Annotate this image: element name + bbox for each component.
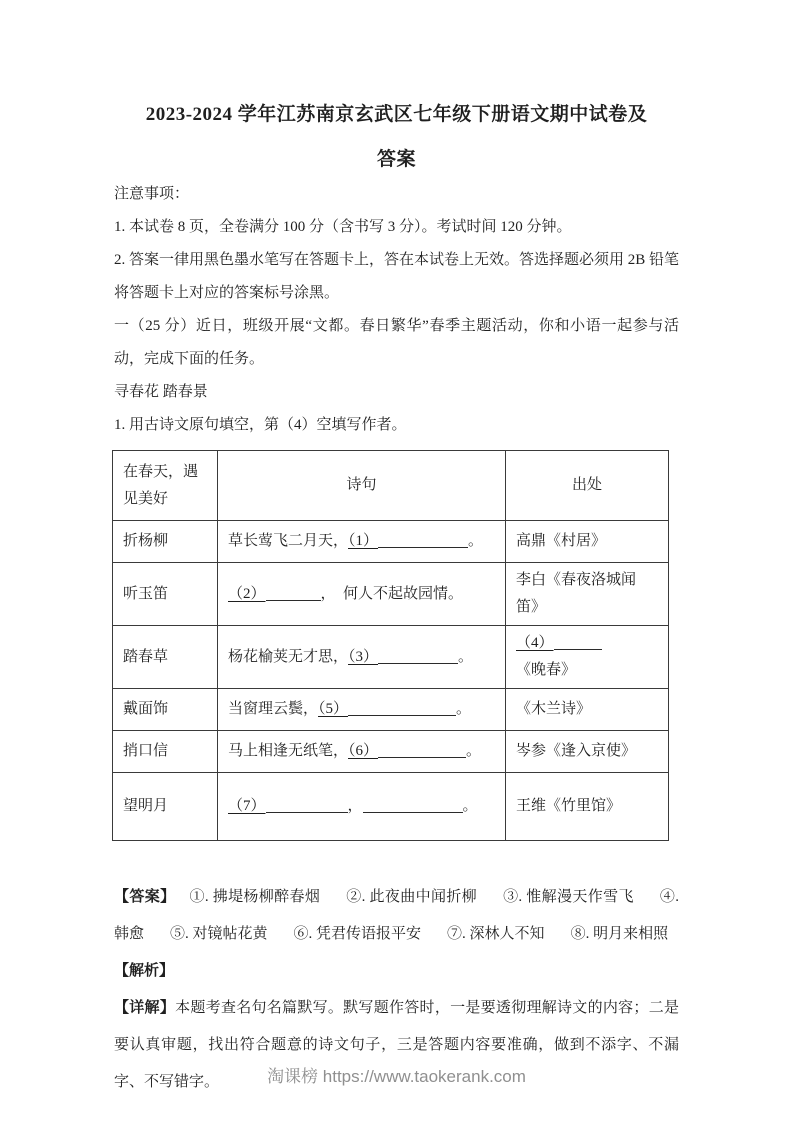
- verse-text: 《晚春》: [516, 662, 576, 678]
- verse-cell: 马上相逢无纸笔，（6）。: [218, 731, 506, 773]
- verse-text: 王维《竹里馆》: [516, 798, 621, 814]
- verse-text: 岑参《逢入京使》: [516, 743, 636, 759]
- verse-text: ， 何人不起故园情。: [321, 586, 464, 602]
- header-category: 在春天，遇见美好: [113, 451, 218, 521]
- source-cell: 高鼎《村居》: [506, 521, 669, 563]
- verse-text: 高鼎《村居》: [516, 533, 606, 549]
- table-row: 戴面饰当窗理云鬓，（5）。《木兰诗》: [113, 689, 669, 731]
- answer-item: ⑦. 深林人不知: [447, 926, 545, 942]
- poetry-table: 在春天，遇见美好 诗句 出处 折杨柳草长莺飞二月天，（1）。高鼎《村居》听玉笛（…: [112, 450, 669, 841]
- header-source: 出处: [506, 451, 669, 521]
- table-row: 踏春草杨花榆荚无才思，（3）。（4）《晚春》: [113, 626, 669, 689]
- source-cell: 王维《竹里馆》: [506, 773, 669, 841]
- detail-label: 【详解】: [114, 1000, 175, 1016]
- numbered-blank: （3）: [348, 649, 378, 665]
- category-cell: 折杨柳: [113, 521, 218, 563]
- header-verse: 诗句: [218, 451, 506, 521]
- answer-item: ⑤. 对镜帖花黄: [170, 926, 268, 942]
- source-cell: 李白《春夜洛城闻笛》: [506, 563, 669, 626]
- answer-item: ⑧. 明月来相照: [571, 926, 669, 942]
- category-cell: 听玉笛: [113, 563, 218, 626]
- verse-text: 当窗理云鬓，: [228, 701, 318, 717]
- document-title-line1: 2023-2024 学年江苏南京玄武区七年级下册语文期中试卷及: [114, 92, 679, 137]
- blank-line: [378, 535, 468, 548]
- analysis-label: 【解析】: [114, 953, 679, 990]
- category-cell: 望明月: [113, 773, 218, 841]
- verse-text: 。: [458, 649, 473, 665]
- answers-label: 【答案】: [114, 889, 175, 905]
- verse-text: 。: [466, 743, 481, 759]
- analysis-label-text: 【解析】: [114, 963, 174, 979]
- verse-cell: （2）， 何人不起故园情。: [218, 563, 506, 626]
- answers-paragraph: 【答案】①. 拂堤杨柳醉春烟②. 此夜曲中闻折柳③. 惟解漫天作雪飞④. 韩愈⑤…: [114, 879, 679, 953]
- numbered-blank: （7）: [228, 798, 266, 814]
- blank-line: [266, 800, 348, 813]
- table-row: 折杨柳草长莺飞二月天，（1）。高鼎《村居》: [113, 521, 669, 563]
- verse-text: 杨花榆荚无才思，: [228, 649, 348, 665]
- verse-text: 《木兰诗》: [516, 701, 591, 717]
- question-1: 1. 用古诗文原句填空，第（4）空填写作者。: [114, 409, 679, 442]
- site-footer: 淘课榜 https://www.taokerank.com: [0, 1062, 793, 1087]
- verse-cell: （7），。: [218, 773, 506, 841]
- numbered-blank: （1）: [348, 533, 378, 549]
- category-cell: 戴面饰: [113, 689, 218, 731]
- verse-cell: 杨花榆荚无才思，（3）。: [218, 626, 506, 689]
- blank-line: [378, 651, 458, 664]
- answer-item: ①. 拂堤杨柳醉春烟: [189, 889, 320, 905]
- verse-text: ，: [348, 798, 363, 814]
- category-cell: 捎口信: [113, 731, 218, 773]
- verse-text: 。: [463, 798, 478, 814]
- blank-line: [363, 800, 463, 813]
- document-page: 2023-2024 学年江苏南京玄武区七年级下册语文期中试卷及 答案 注意事项：…: [114, 92, 679, 1101]
- notice-item-1: 1. 本试卷 8 页，全卷满分 100 分（含书写 3 分）。考试时间 120 …: [114, 211, 679, 244]
- table-header-row: 在春天，遇见美好 诗句 出处: [113, 451, 669, 521]
- document-title: 2023-2024 学年江苏南京玄武区七年级下册语文期中试卷及 答案: [114, 92, 679, 182]
- poetry-table-body: 折杨柳草长莺飞二月天，（1）。高鼎《村居》听玉笛（2）， 何人不起故园情。李白《…: [113, 521, 669, 841]
- answer-item: ②. 此夜曲中闻折柳: [346, 889, 477, 905]
- verse-cell: 当窗理云鬓，（5）。: [218, 689, 506, 731]
- numbered-blank: （6）: [348, 743, 378, 759]
- answers-items: ①. 拂堤杨柳醉春烟②. 此夜曲中闻折柳③. 惟解漫天作雪飞④. 韩愈⑤. 对镜…: [114, 889, 679, 942]
- section-subheading: 寻春花 踏春景: [114, 376, 679, 409]
- blank-line: [554, 637, 602, 650]
- numbered-blank: （2）: [228, 586, 266, 602]
- source-cell: 《木兰诗》: [506, 689, 669, 731]
- notices-heading: 注意事项：: [114, 178, 679, 211]
- blank-line: [266, 588, 321, 601]
- verse-text: 马上相逢无纸笔，: [228, 743, 348, 759]
- numbered-blank: （4）: [516, 635, 554, 651]
- answer-item: ③. 惟解漫天作雪飞: [503, 889, 634, 905]
- section-intro: 一（25 分）近日，班级开展“文都。春日繁华”春季主题活动，你和小语一起参与活动…: [114, 310, 679, 376]
- table-row: 听玉笛（2）， 何人不起故园情。李白《春夜洛城闻笛》: [113, 563, 669, 626]
- source-cell: 岑参《逢入京使》: [506, 731, 669, 773]
- answer-item: ⑥. 凭君传语报平安: [294, 926, 422, 942]
- notice-item-2: 2. 答案一律用黑色墨水笔写在答题卡上，答在本试卷上无效。答选择题必须用 2B …: [114, 244, 679, 310]
- table-row: 望明月（7），。王维《竹里馆》: [113, 773, 669, 841]
- verse-text: 李白《春夜洛城闻笛》: [516, 572, 636, 615]
- blank-line: [378, 745, 466, 758]
- verse-cell: 草长莺飞二月天，（1）。: [218, 521, 506, 563]
- verse-text: 。: [468, 533, 483, 549]
- blank-line: [348, 703, 456, 716]
- category-cell: 踏春草: [113, 626, 218, 689]
- source-cell: （4）《晚春》: [506, 626, 669, 689]
- document-title-line2: 答案: [114, 137, 679, 182]
- verse-text: 。: [456, 701, 471, 717]
- verse-text: 草长莺飞二月天，: [228, 533, 348, 549]
- numbered-blank: （5）: [318, 701, 348, 717]
- table-row: 捎口信马上相逢无纸笔，（6）。岑参《逢入京使》: [113, 731, 669, 773]
